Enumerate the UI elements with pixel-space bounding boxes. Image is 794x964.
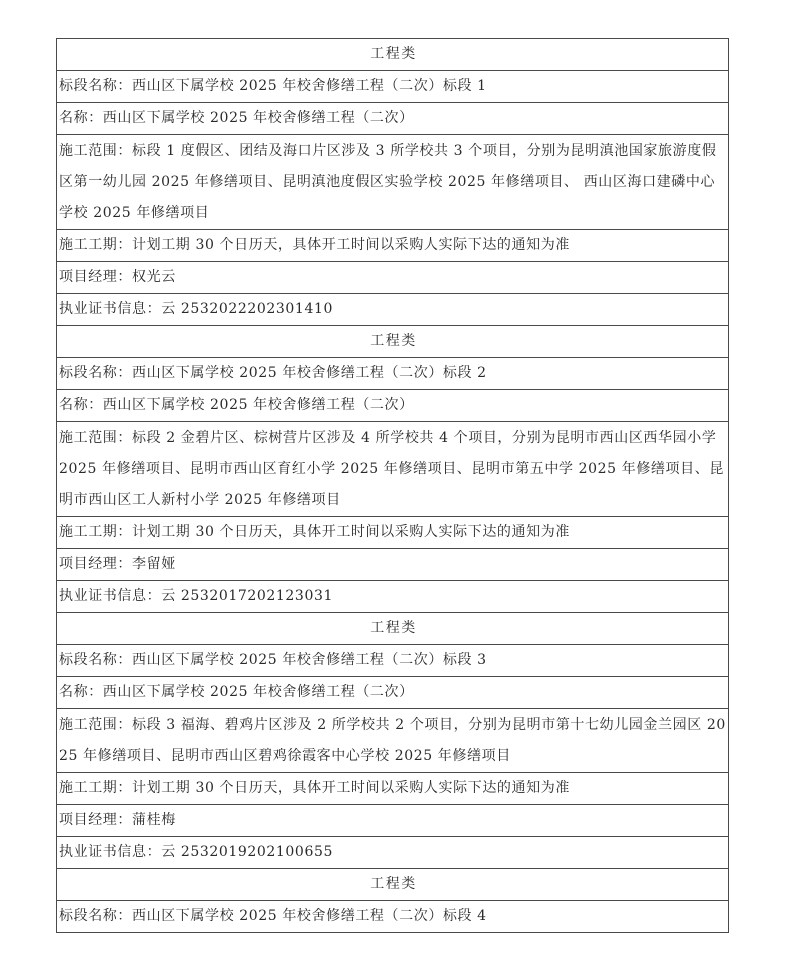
project-name-cell: 名称：西山区下属学校 2025 年校舍修缮工程（二次） bbox=[57, 390, 729, 422]
lot-name-cell: 标段名称：西山区下属学校 2025 年校舍修缮工程（二次）标段 2 bbox=[57, 358, 729, 390]
period-cell: 施工工期：计划工期 30 个日历天，具体开工时间以采购人实际下达的通知为准 bbox=[57, 773, 729, 805]
certificate-cell: 执业证书信息：云 2532022202301410 bbox=[57, 294, 729, 326]
certificate-cell: 执业证书信息：云 2532017202123031 bbox=[57, 581, 729, 613]
table-row: 工程类 bbox=[57, 39, 729, 71]
table-row: 名称：西山区下属学校 2025 年校舍修缮工程（二次） bbox=[57, 390, 729, 422]
table-row: 工程类 bbox=[57, 869, 729, 901]
period-cell: 施工工期：计划工期 30 个日历天，具体开工时间以采购人实际下达的通知为准 bbox=[57, 517, 729, 549]
table-row: 标段名称：西山区下属学校 2025 年校舍修缮工程（二次）标段 2 bbox=[57, 358, 729, 390]
table-row: 执业证书信息：云 2532017202123031 bbox=[57, 581, 729, 613]
table-row: 标段名称：西山区下属学校 2025 年校舍修缮工程（二次）标段 3 bbox=[57, 645, 729, 677]
table-row: 执业证书信息：云 2532019202100655 bbox=[57, 837, 729, 869]
lot-name-cell: 标段名称：西山区下属学校 2025 年校舍修缮工程（二次）标段 3 bbox=[57, 645, 729, 677]
table-row: 施工工期：计划工期 30 个日历天，具体开工时间以采购人实际下达的通知为准 bbox=[57, 773, 729, 805]
period-cell: 施工工期：计划工期 30 个日历天，具体开工时间以采购人实际下达的通知为准 bbox=[57, 230, 729, 262]
project-name-cell: 名称：西山区下属学校 2025 年校舍修缮工程（二次） bbox=[57, 677, 729, 709]
table-row: 项目经理：权光云 bbox=[57, 262, 729, 294]
table-row: 名称：西山区下属学校 2025 年校舍修缮工程（二次） bbox=[57, 677, 729, 709]
table-row: 工程类 bbox=[57, 326, 729, 358]
project-name-cell: 名称：西山区下属学校 2025 年校舍修缮工程（二次） bbox=[57, 103, 729, 135]
lot-name-cell: 标段名称：西山区下属学校 2025 年校舍修缮工程（二次）标段 4 bbox=[57, 901, 729, 933]
table-row: 项目经理：李留娅 bbox=[57, 549, 729, 581]
table-row: 标段名称：西山区下属学校 2025 年校舍修缮工程（二次）标段 4 bbox=[57, 901, 729, 933]
certificate-cell: 执业证书信息：云 2532019202100655 bbox=[57, 837, 729, 869]
table-row: 执业证书信息：云 2532022202301410 bbox=[57, 294, 729, 326]
manager-cell: 项目经理：权光云 bbox=[57, 262, 729, 294]
category-cell: 工程类 bbox=[57, 869, 729, 901]
project-lots-table: 工程类 标段名称：西山区下属学校 2025 年校舍修缮工程（二次）标段 1 名称… bbox=[56, 38, 729, 933]
table-row: 名称：西山区下属学校 2025 年校舍修缮工程（二次） bbox=[57, 103, 729, 135]
table-row: 施工工期：计划工期 30 个日历天，具体开工时间以采购人实际下达的通知为准 bbox=[57, 230, 729, 262]
scope-cell: 施工范围：标段 1 度假区、团结及海口片区涉及 3 所学校共 3 个项目，分别为… bbox=[57, 135, 729, 230]
table-row: 施工范围：标段 1 度假区、团结及海口片区涉及 3 所学校共 3 个项目，分别为… bbox=[57, 135, 729, 230]
lot-name-cell: 标段名称：西山区下属学校 2025 年校舍修缮工程（二次）标段 1 bbox=[57, 71, 729, 103]
category-cell: 工程类 bbox=[57, 613, 729, 645]
table-row: 项目经理：蒲桂梅 bbox=[57, 805, 729, 837]
table-row: 施工工期：计划工期 30 个日历天，具体开工时间以采购人实际下达的通知为准 bbox=[57, 517, 729, 549]
manager-cell: 项目经理：蒲桂梅 bbox=[57, 805, 729, 837]
category-cell: 工程类 bbox=[57, 39, 729, 71]
scope-cell: 施工范围：标段 3 福海、碧鸡片区涉及 2 所学校共 2 个项目，分别为昆明市第… bbox=[57, 709, 729, 773]
manager-cell: 项目经理：李留娅 bbox=[57, 549, 729, 581]
table-row: 施工范围：标段 3 福海、碧鸡片区涉及 2 所学校共 2 个项目，分别为昆明市第… bbox=[57, 709, 729, 773]
table-row: 工程类 bbox=[57, 613, 729, 645]
category-cell: 工程类 bbox=[57, 326, 729, 358]
scope-cell: 施工范围：标段 2 金碧片区、棕树营片区涉及 4 所学校共 4 个项目，分别为昆… bbox=[57, 422, 729, 517]
table-row: 标段名称：西山区下属学校 2025 年校舍修缮工程（二次）标段 1 bbox=[57, 71, 729, 103]
table-row: 施工范围：标段 2 金碧片区、棕树营片区涉及 4 所学校共 4 个项目，分别为昆… bbox=[57, 422, 729, 517]
